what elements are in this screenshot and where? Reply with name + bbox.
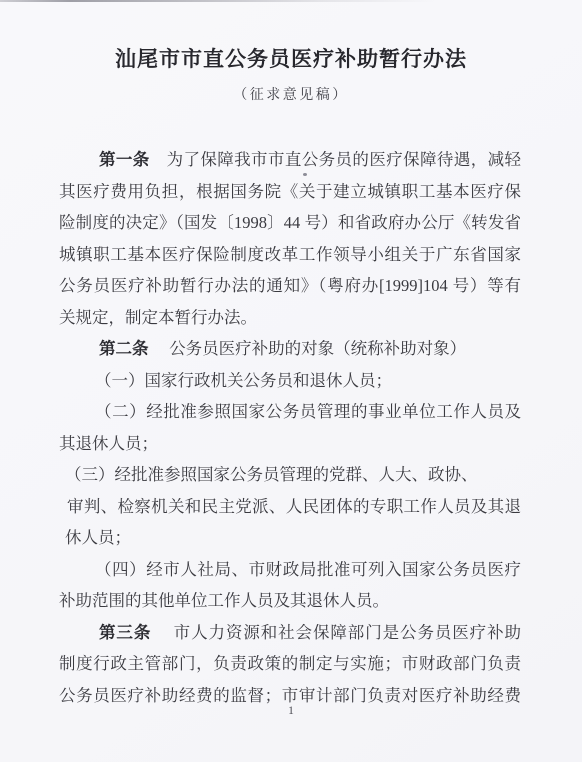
text-line: 第三条 市人力资源和社会保障部门是公务员医疗补助 — [59, 617, 521, 649]
article-number: 第一条 — [99, 150, 150, 169]
article-number: 第三条 — [99, 623, 151, 642]
article-number: 第二条 — [99, 339, 149, 358]
text-line: 制度行政主管部门，负责政策的制定与实施；市财政部门负责 — [59, 648, 521, 680]
document-title: 汕尾市市直公务员医疗补助暂行办法 — [0, 0, 582, 73]
text-line: 关规定，制定本暂行办法。 — [59, 302, 521, 334]
text-line: （四）经市人社局、市财政局批准可列入国家公务员医疗 — [59, 554, 521, 586]
text-line: 公务员医疗补助暂行办法的通知》（粤府办[1999]104 号）等有 — [59, 270, 521, 302]
line-text: 市人力资源和社会保障部门是公务员医疗补助 — [151, 623, 521, 642]
text-line: 审判、检察机关和民主党派、人民团体的专职工作人员及其退 — [59, 491, 521, 523]
text-line: 其医疗费用负担，根据国务院《关于建立城镇职工基本医疗保 — [59, 176, 521, 208]
document-subtitle: （征求意见稿） — [0, 87, 582, 105]
text-line: 其退休人员； — [59, 428, 521, 460]
page-number: 1 — [0, 705, 582, 717]
text-line: （二）经批准参照国家公务员管理的事业单位工作人员及 — [59, 396, 521, 428]
line-text: 公务员医疗补助的对象（统称补助对象） — [149, 339, 467, 358]
text-line: 第二条 公务员医疗补助的对象（统称补助对象） — [59, 333, 521, 365]
text-line: 补助范围的其他单位工作人员及其退休人员。 — [59, 585, 521, 617]
text-line: （三）经批准参照国家公务员管理的党群、人大、政协、 — [59, 459, 521, 491]
document-body: 第一条 为了保障我市市直公务员的医疗保障待遇，减轻 其医疗费用负担，根据国务院《… — [59, 144, 521, 711]
scan-artifact-top-edge — [0, 0, 582, 2]
text-line: 险制度的决定》（国发〔1998〕44 号）和省政府办公厅《转发省 — [59, 207, 521, 239]
text-line: （一）国家行政机关公务员和退休人员； — [59, 365, 521, 397]
document-page: 汕尾市市直公务员医疗补助暂行办法 （征求意见稿） 第一条 为了保障我市市直公务员… — [0, 0, 582, 762]
text-line: 城镇职工基本医疗保险制度改革工作领导小组关于广东省国家 — [59, 239, 521, 271]
line-text: 为了保障我市市直公务员的医疗保障待遇，减轻 — [150, 150, 521, 169]
text-line: 休人员； — [59, 522, 521, 554]
text-line: 第一条 为了保障我市市直公务员的医疗保障待遇，减轻 — [59, 144, 521, 176]
